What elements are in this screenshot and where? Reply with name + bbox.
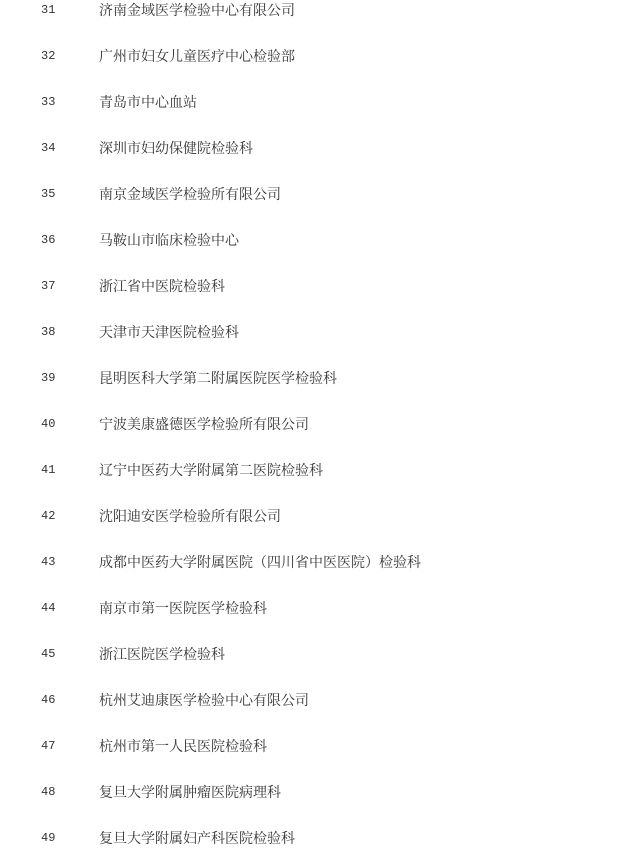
row-number: 41 xyxy=(41,463,55,477)
institution-name: 杭州艾迪康医学检验中心有限公司 xyxy=(99,690,309,710)
row-number: 32 xyxy=(41,49,55,63)
row-number: 40 xyxy=(41,417,55,431)
list-item: 35 南京金域医学检验所有限公司 xyxy=(0,171,619,217)
list-item: 32 广州市妇女儿童医疗中心检验部 xyxy=(0,33,619,79)
row-number: 46 xyxy=(41,693,55,707)
list-item: 46 杭州艾迪康医学检验中心有限公司 xyxy=(0,677,619,723)
row-number: 36 xyxy=(41,233,55,247)
list-item: 37 浙江省中医院检验科 xyxy=(0,263,619,309)
institution-name: 马鞍山市临床检验中心 xyxy=(99,230,239,250)
institution-name: 宁波美康盛德医学检验所有限公司 xyxy=(99,414,309,434)
institution-name: 浙江医院医学检验科 xyxy=(99,644,225,664)
row-number: 45 xyxy=(41,647,55,661)
row-number: 39 xyxy=(41,371,55,385)
list-item: 48 复旦大学附属肿瘤医院病理科 xyxy=(0,769,619,815)
institution-name: 南京金域医学检验所有限公司 xyxy=(99,184,281,204)
row-number: 35 xyxy=(41,187,55,201)
institution-name: 浙江省中医院检验科 xyxy=(99,276,225,296)
list-item: 43 成都中医药大学附属医院（四川省中医医院）检验科 xyxy=(0,539,619,585)
institution-name: 天津市天津医院检验科 xyxy=(99,322,239,342)
row-number: 31 xyxy=(41,3,55,17)
institution-name: 杭州市第一人民医院检验科 xyxy=(99,736,267,756)
list-item: 31 济南金域医学检验中心有限公司 xyxy=(0,0,619,33)
row-number: 43 xyxy=(41,555,55,569)
list-item: 38 天津市天津医院检验科 xyxy=(0,309,619,355)
institution-list: 31 济南金域医学检验中心有限公司 32 广州市妇女儿童医疗中心检验部 33 青… xyxy=(0,0,619,855)
institution-name: 昆明医科大学第二附属医院医学检验科 xyxy=(99,368,337,388)
row-number: 49 xyxy=(41,831,55,845)
list-item: 47 杭州市第一人民医院检验科 xyxy=(0,723,619,769)
list-item: 45 浙江医院医学检验科 xyxy=(0,631,619,677)
row-number: 37 xyxy=(41,279,55,293)
row-number: 38 xyxy=(41,325,55,339)
institution-name: 辽宁中医药大学附属第二医院检验科 xyxy=(99,460,323,480)
institution-name: 南京市第一医院医学检验科 xyxy=(99,598,267,618)
institution-name: 沈阳迪安医学检验所有限公司 xyxy=(99,506,281,526)
row-number: 33 xyxy=(41,95,55,109)
list-item: 33 青岛市中心血站 xyxy=(0,79,619,125)
institution-name: 济南金域医学检验中心有限公司 xyxy=(99,0,295,20)
list-item: 44 南京市第一医院医学检验科 xyxy=(0,585,619,631)
institution-name: 复旦大学附属肿瘤医院病理科 xyxy=(99,782,281,802)
institution-name: 深圳市妇幼保健院检验科 xyxy=(99,138,253,158)
list-item: 34 深圳市妇幼保健院检验科 xyxy=(0,125,619,171)
list-item: 42 沈阳迪安医学检验所有限公司 xyxy=(0,493,619,539)
list-item: 41 辽宁中医药大学附属第二医院检验科 xyxy=(0,447,619,493)
list-item: 39 昆明医科大学第二附属医院医学检验科 xyxy=(0,355,619,401)
institution-name: 复旦大学附属妇产科医院检验科 xyxy=(99,828,295,848)
institution-name: 青岛市中心血站 xyxy=(99,92,197,112)
row-number: 48 xyxy=(41,785,55,799)
list-item: 40 宁波美康盛德医学检验所有限公司 xyxy=(0,401,619,447)
institution-name: 成都中医药大学附属医院（四川省中医医院）检验科 xyxy=(99,552,421,572)
row-number: 42 xyxy=(41,509,55,523)
list-item: 49 复旦大学附属妇产科医院检验科 xyxy=(0,815,619,855)
row-number: 44 xyxy=(41,601,55,615)
row-number: 47 xyxy=(41,739,55,753)
row-number: 34 xyxy=(41,141,55,155)
list-item: 36 马鞍山市临床检验中心 xyxy=(0,217,619,263)
institution-name: 广州市妇女儿童医疗中心检验部 xyxy=(99,46,295,66)
